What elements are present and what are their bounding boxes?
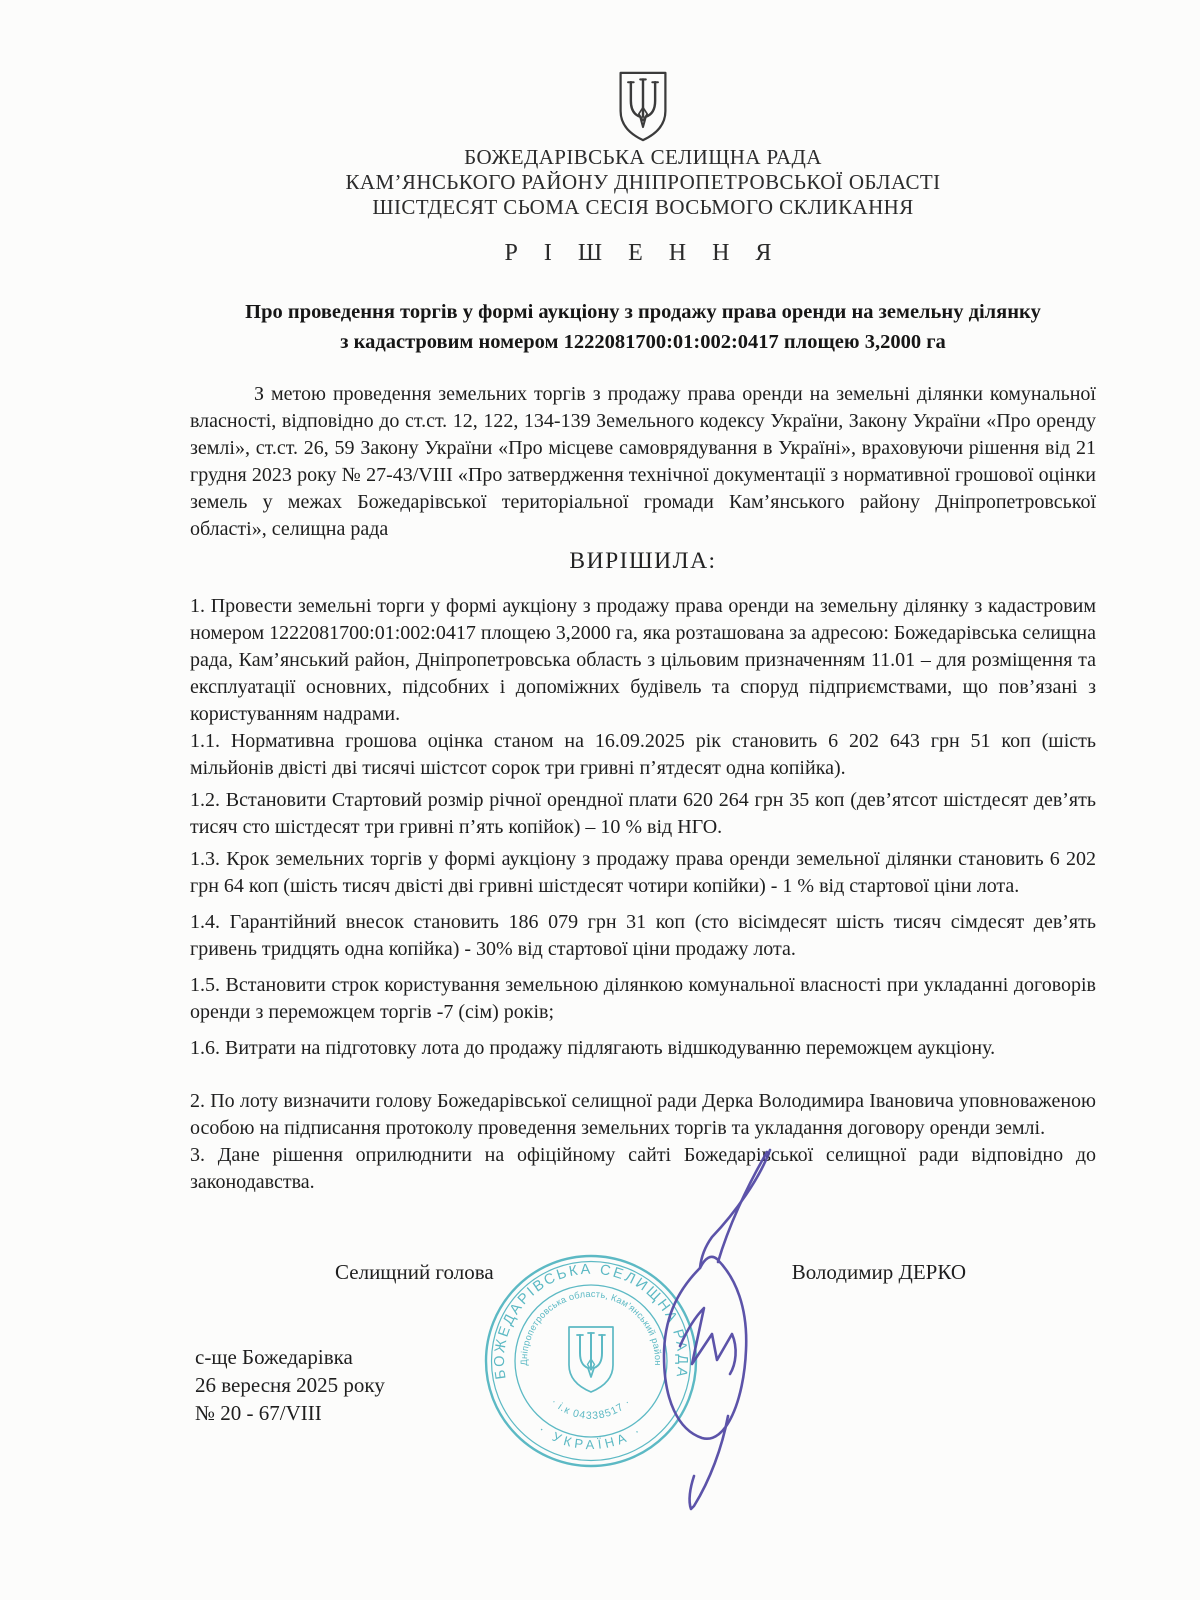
document-page: БОЖЕДАРІВСЬКА СЕЛИЩНА РАДА КАМ’ЯНСЬКОГО … xyxy=(0,0,1200,1600)
resolution-item-1-6: 1.6. Витрати на підготовку лота до прода… xyxy=(190,1035,1096,1062)
resolution-list: 1. Провести земельні торги у формі аукці… xyxy=(190,593,1096,1196)
council-name: БОЖЕДАРІВСЬКА СЕЛИЩНА РАДА xyxy=(190,145,1096,170)
document-title: Про проведення торгів у формі аукціону з… xyxy=(190,297,1096,357)
emblem-strokes xyxy=(621,73,666,140)
document-title-line2: з кадастровим номером 1222081700:01:002:… xyxy=(190,327,1096,357)
resolution-item-1-3: 1.3. Крок земельних торгів у формі аукці… xyxy=(190,846,1096,900)
resolution-item-1-4: 1.4. Гарантійний внесок становить 186 07… xyxy=(190,909,1096,963)
preamble-paragraph: З метою проведення земельних торгів з пр… xyxy=(190,381,1096,543)
handwritten-signature xyxy=(620,1128,980,1588)
resolution-item-1: 1. Провести земельні торги у формі аукці… xyxy=(190,593,1096,728)
resolved-heading: ВИРІШИЛА: xyxy=(190,548,1096,575)
stamp-trident-shield xyxy=(569,1327,613,1392)
session-line: ШІСТДЕСЯТ СЬОМА СЕСІЯ ВОСЬМОГО СКЛИКАННЯ xyxy=(190,195,1096,220)
ukraine-trident-emblem xyxy=(615,70,671,143)
document-type-heading: Р І Ш Е Н Н Я xyxy=(190,240,1096,267)
council-district: КАМ’ЯНСЬКОГО РАЙОНУ ДНІПРОПЕТРОВСЬКОЇ ОБ… xyxy=(190,170,1096,195)
resolution-item-1-2: 1.2. Встановити Стартовий розмір річної … xyxy=(190,787,1096,841)
signature-strokes xyxy=(664,1150,770,1509)
document-title-line1: Про проведення торгів у формі аукціону з… xyxy=(190,297,1096,327)
resolution-item-1-1: 1.1. Нормативна грошова оцінка станом на… xyxy=(190,728,1096,782)
signer-role: Селищний голова xyxy=(335,1260,494,1285)
resolution-item-1-5: 1.5. Встановити строк користування земел… xyxy=(190,972,1096,1026)
